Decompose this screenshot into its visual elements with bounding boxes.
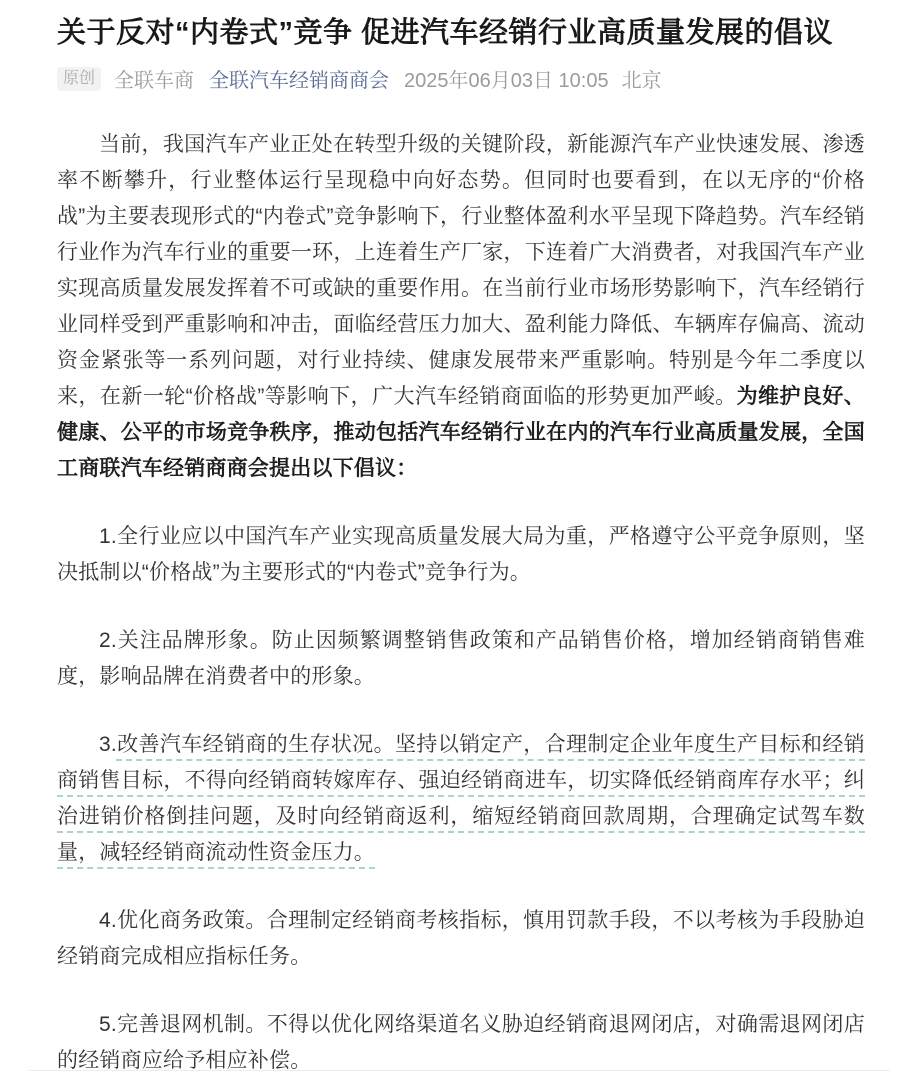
text-segment-underlined: 改善汽车经销商的生存状况。坚持以销定产，合理制定企业年度生产目标和经销商销售目标… [57, 733, 865, 864]
text-segment: 3. [99, 733, 117, 756]
text-segment: 1.全行业应以中国汽车产业实现高质量发展大局为重，严格遵守公平竞争原则，坚决抵制… [57, 525, 865, 584]
article-page: 关于反对“内卷式”竞争 促进汽车经销行业高质量发展的倡议 原创 全联车商 全联汽… [0, 0, 922, 1080]
account-link[interactable]: 全联汽车经销商商会 [209, 64, 389, 93]
paragraph-item-4: 4.优化商务政策。合理制定经销商考核指标，慎用罚款手段，不以考核为手段胁迫经销商… [57, 903, 865, 975]
original-badge: 原创 [57, 67, 101, 91]
paragraph-item-1: 1.全行业应以中国汽车产业实现高质量发展大局为重，严格遵守公平竞争原则，坚决抵制… [57, 519, 865, 591]
article-meta: 原创 全联车商 全联汽车经销商商会 2025年06月03日 10:05 北京 [57, 64, 865, 93]
publish-datetime: 2025年06月03日 10:05 [404, 64, 609, 93]
paragraph-intro: 当前，我国汽车产业正处在转型升级的关键阶段，新能源汽车产业快速发展、渗透率不断攀… [57, 127, 865, 487]
bottom-divider [28, 1070, 890, 1071]
author-name: 全联车商 [114, 64, 194, 93]
paragraph-item-5: 5.完善退网机制。不得以优化网络渠道名义胁迫经销商退网闭店，对确需退网闭店的经销… [57, 1007, 865, 1079]
article-body: 当前，我国汽车产业正处在转型升级的关键阶段，新能源汽车产业快速发展、渗透率不断攀… [57, 127, 865, 1079]
publish-location: 北京 [622, 64, 662, 93]
paragraph-item-3: 3.改善汽车经销商的生存状况。坚持以销定产，合理制定企业年度生产目标和经销商销售… [57, 727, 865, 871]
text-segment: 4.优化商务政策。合理制定经销商考核指标，慎用罚款手段，不以考核为手段胁迫经销商… [57, 909, 865, 968]
article-title: 关于反对“内卷式”竞争 促进汽车经销行业高质量发展的倡议 [57, 0, 865, 53]
text-segment: 2.关注品牌形象。防止因频繁调整销售政策和产品销售价格，增加经销商销售难度，影响… [57, 629, 865, 688]
paragraph-item-2: 2.关注品牌形象。防止因频繁调整销售政策和产品销售价格，增加经销商销售难度，影响… [57, 623, 865, 695]
text-segment: 5.完善退网机制。不得以优化网络渠道名义胁迫经销商退网闭店，对确需退网闭店的经销… [57, 1013, 865, 1072]
text-segment: 当前，我国汽车产业正处在转型升级的关键阶段，新能源汽车产业快速发展、渗透率不断攀… [57, 133, 865, 408]
